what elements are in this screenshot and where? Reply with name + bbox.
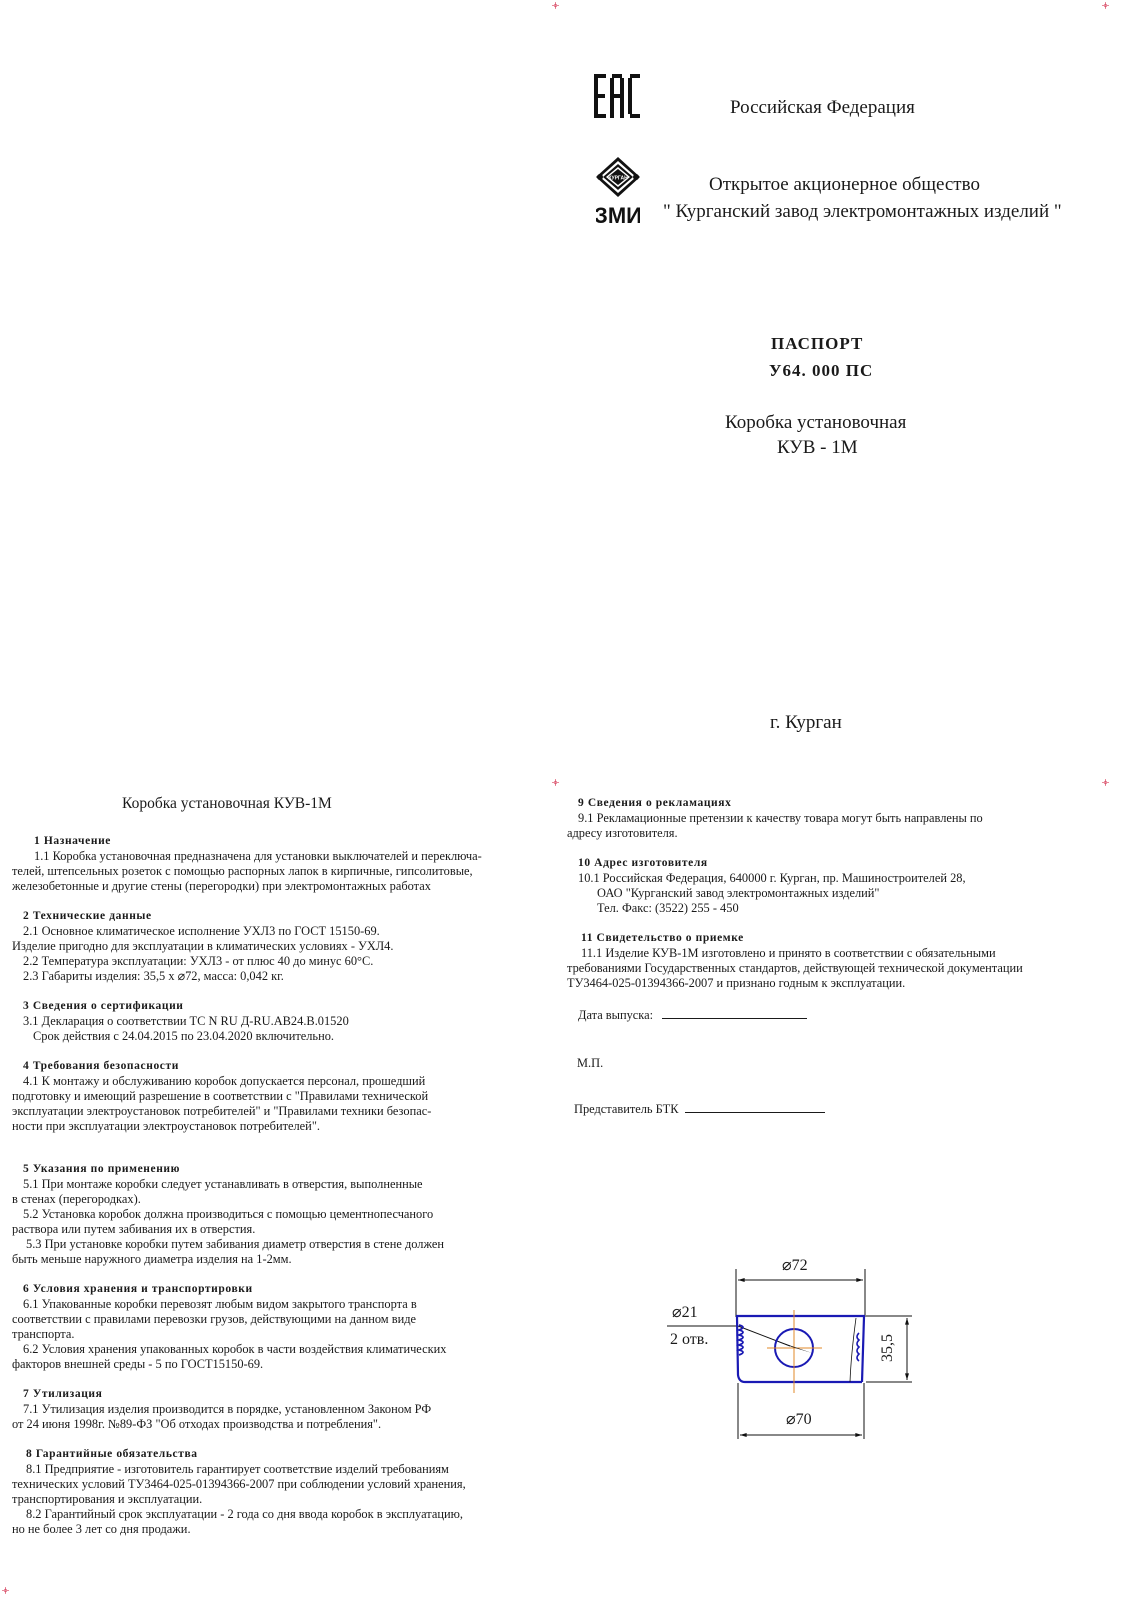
section-10: 10 Адрес изготовителя 10.1 Российская Фе… [567,856,1107,916]
product-name: Коробка установочная [725,412,906,434]
left-column: Коробка установочная КУВ-1М 1 Назначение… [12,795,542,1537]
registration-mark [2,1587,9,1594]
section-8: 8 Гарантийные обязательства 8.1 Предприя… [12,1447,542,1537]
right-column: 9 Сведения о рекламациях 9.1 Рекламацион… [567,796,1107,991]
section-5: 5 Указания по применению 5.1 При монтаже… [12,1162,542,1267]
section-11: 11 Свидетельство о приемке 11.1 Изделие … [567,931,1107,991]
city: г. Курган [770,712,842,734]
registration-mark [1102,2,1109,9]
section-heading: 7 Утилизация [12,1387,542,1402]
section-7: 7 Утилизация 7.1 Утилизация изделия прои… [12,1387,542,1432]
release-date-label: Дата выпуска: [578,1008,653,1022]
section-heading: 10 Адрес изготовителя [567,856,1107,871]
section-heading: 11 Свидетельство о приемке [567,931,1107,946]
hole-diameter-label: ⌀21 [672,1302,698,1322]
company-name: " Курганский завод электромонтажных изде… [663,201,1062,223]
left-title: Коробка установочная КУВ-1М [12,795,542,813]
release-date-field[interactable] [662,1008,807,1019]
outer-diameter-label: ⌀72 [782,1255,808,1275]
section-heading: 8 Гарантийные обязательства [12,1447,542,1462]
registration-mark [1102,779,1109,786]
stamp-label: М.П. [577,1056,603,1071]
section-heading: 2 Технические данные [12,909,542,924]
doc-number: У64. 000 ПС [769,361,873,381]
hole-count-label: 2 отв. [670,1331,708,1349]
otk-row: Представитель БТК [574,1102,825,1117]
otk-label: Представитель БТК [574,1102,678,1116]
section-heading: 1 Назначение [12,834,542,849]
doc-type: ПАСПОРТ [771,334,863,354]
section-1: 1 Назначение 1.1 Коробка установочная пр… [12,834,542,894]
section-2: 2 Технические данные 2.1 Основное климат… [12,909,542,984]
section-4: 4 Требования безопасности 4.1 К монтажу … [12,1059,542,1134]
svg-text:ЗМИ: ЗМИ [596,203,640,225]
section-heading: 6 Условия хранения и транспортировки [12,1282,542,1297]
registration-mark [552,2,559,9]
country-name: Российская Федерация [730,97,915,119]
company-logo-icon: КУРГАН ЗМИ [596,157,640,225]
release-date-row: Дата выпуска: [578,1008,807,1023]
section-heading: 3 Сведения о сертификации [12,999,542,1014]
height-label: 35,5 [879,1334,897,1362]
product-model: КУВ - 1М [777,437,858,459]
section-heading: 4 Требования безопасности [12,1059,542,1074]
section-heading: 9 Сведения о рекламациях [567,796,1107,811]
section-heading: 5 Указания по применению [12,1162,542,1177]
bottom-diameter-label: ⌀70 [786,1409,812,1429]
technical-drawing: ⌀72 ⌀21 2 отв. ⌀70 35,5 [660,1255,920,1445]
eac-logo-icon [594,74,640,118]
section-9: 9 Сведения о рекламациях 9.1 Рекламацион… [567,796,1107,841]
registration-mark [552,779,559,786]
otk-signature-field[interactable] [685,1102,825,1113]
section-3: 3 Сведения о сертификации 3.1 Декларация… [12,999,542,1044]
section-6: 6 Условия хранения и транспортировки 6.1… [12,1282,542,1372]
company-type: Открытое акционерное общество [709,174,980,196]
svg-text:КУРГАН: КУРГАН [608,176,628,182]
